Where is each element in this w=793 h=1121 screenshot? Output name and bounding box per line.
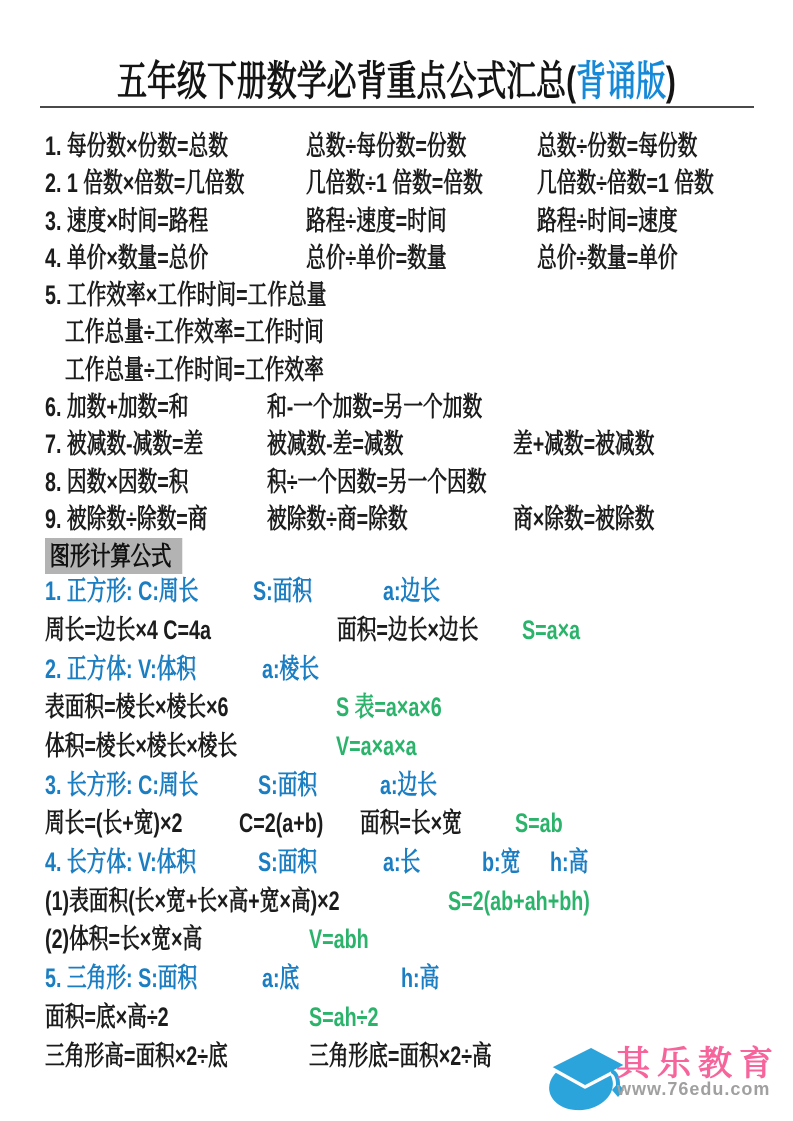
formula-cell: 1. 每份数×份数=总数 [45, 128, 228, 165]
algebraic-formula-cell: V=abh [309, 920, 369, 959]
title-divider [40, 106, 754, 108]
title-text: 五年级下册数学必背重点公式汇总 [117, 58, 566, 104]
formula-row: 4. 单价×数量=总价 总价÷单价=数量 总价÷数量=单价 [45, 240, 765, 277]
algebraic-formula-cell: S 表=a×a×6 [336, 688, 442, 727]
formula-cell: 被减数-差=减数 [267, 426, 403, 463]
page-title: 五年级下册数学必背重点公式汇总(背诵版) [107, 56, 686, 106]
formula-cell: 三角形底=面积×2÷高 [309, 1037, 492, 1076]
formula-sheet-page: { "colors": { "title_blue": "#1588d8", "… [0, 0, 793, 1121]
shape-heading-row: 1. 正方形: C:周长 S:面积 a:边长 [45, 572, 765, 611]
geometry-formulas-section: 1. 正方形: C:周长 S:面积 a:边长 周长=边长×4 C=4a 面积=边… [45, 572, 765, 1075]
formula-cell: 总数÷每份数=份数 [306, 128, 466, 165]
formula-cell: 总价÷单价=数量 [306, 240, 447, 277]
formula-cell: 总价÷数量=单价 [537, 240, 678, 277]
shape-heading-cell: 2. 正方体: V:体积 [45, 650, 196, 689]
shape-heading-row: 3. 长方形: C:周长 S:面积 a:边长 [45, 766, 765, 805]
formula-cell: 表面积=棱长×棱长×6 [45, 688, 228, 727]
shape-heading-cell: a:长 [383, 843, 420, 882]
formula-row: 1. 每份数×份数=总数 总数÷每份数=份数 总数÷份数=每份数 [45, 128, 765, 165]
formula-row: 5. 工作效率×工作时间=工作总量 [45, 277, 765, 314]
formula-row: 工作总量÷工作效率=工作时间 [45, 314, 765, 351]
formula-cell: 9. 被除数÷除数=商 [45, 501, 208, 538]
formula-cell: 几倍数÷1 倍数=倍数 [306, 165, 483, 202]
formula-row: (2)体积=长×宽×高 V=abh [45, 920, 765, 959]
formula-cell: 7. 被减数-减数=差 [45, 426, 203, 463]
shape-heading-cell: a:棱长 [262, 650, 319, 689]
shape-heading-cell: b:宽 [482, 843, 520, 882]
shape-heading-row: 2. 正方体: V:体积 a:棱长 [45, 650, 765, 689]
algebraic-formula-cell: S=ah÷2 [309, 998, 378, 1037]
formula-cell: 路程÷速度=时间 [306, 203, 447, 240]
formula-cell: 三角形高=面积×2÷底 [45, 1037, 228, 1076]
algebraic-formula-cell: S=2(ab+ah+bh) [448, 882, 590, 921]
formula-row: 8. 因数×因数=积 积÷一个因数=另一个因数 [45, 464, 765, 501]
title-highlight: 背诵版 [576, 58, 666, 104]
formula-cell: 8. 因数×因数=积 [45, 464, 188, 501]
shape-heading-row: 4. 长方体: V:体积 S:面积 a:长 b:宽 h:高 [45, 843, 765, 882]
formula-row: 表面积=棱长×棱长×6 S 表=a×a×6 [45, 688, 765, 727]
formula-cell: 几倍数÷倍数=1 倍数 [537, 165, 714, 202]
formula-cell: 周长=边长×4 C=4a [45, 611, 211, 650]
formula-cell: (2)体积=长×宽×高 [45, 920, 202, 959]
formula-cell: 2. 1 倍数×倍数=几倍数 [45, 165, 244, 202]
shape-heading-cell: a:底 [262, 959, 299, 998]
formula-row: 6. 加数+加数=和 和-一个加数=另一个加数 [45, 389, 765, 426]
formula-cell: 6. 加数+加数=和 [45, 389, 188, 426]
section-header-highlight: 图形计算公式 [45, 538, 182, 574]
formula-cell: (1)表面积(长×宽+长×高+宽×高)×2 [45, 882, 340, 921]
formula-cell: 4. 单价×数量=总价 [45, 240, 208, 277]
shape-heading-cell: a:边长 [383, 572, 440, 611]
formula-row: 7. 被减数-减数=差 被减数-差=减数 差+减数=被减数 [45, 426, 765, 463]
shape-heading-cell: h:高 [401, 959, 439, 998]
shape-heading-cell: 1. 正方形: C:周长 [45, 572, 198, 611]
formula-sheet-body: 1. 每份数×份数=总数 总数÷每份数=份数 总数÷份数=每份数 2. 1 倍数… [45, 128, 765, 1075]
formula-row: 3. 速度×时间=路程 路程÷速度=时间 路程÷时间=速度 [45, 203, 765, 240]
shape-heading-cell: 5. 三角形: S:面积 [45, 959, 197, 998]
formula-row: 9. 被除数÷除数=商 被除数÷商=除数 商×除数=被除数 [45, 501, 765, 538]
shape-heading-cell: S:面积 [253, 572, 312, 611]
formula-row: 工作总量÷工作时间=工作效率 [45, 352, 765, 389]
algebraic-formula-cell: S=a×a [522, 611, 580, 650]
brand-url: www.76edu.com [617, 1079, 770, 1100]
algebraic-formula-cell: V=a×a×a [336, 727, 417, 766]
shape-heading-row: 5. 三角形: S:面积 a:底 h:高 [45, 959, 765, 998]
shape-heading-cell: S:面积 [258, 843, 317, 882]
formula-row: 周长=边长×4 C=4a 面积=边长×边长 S=a×a [45, 611, 765, 650]
algebraic-formula-cell: S=ab [515, 804, 563, 843]
formula-row: 周长=(长+宽)×2 C=2(a+b) 面积=长×宽 S=ab [45, 804, 765, 843]
formula-cell: 面积=长×宽 [360, 804, 462, 843]
brand-logo: 其乐教育 www.76edu.com [546, 1030, 793, 1118]
formula-cell: 路程÷时间=速度 [537, 203, 678, 240]
shape-heading-cell: a:边长 [380, 766, 437, 805]
formula-cell: 周长=(长+宽)×2 [45, 804, 182, 843]
formula-cell: 总数÷份数=每份数 [537, 128, 697, 165]
formula-cell: 面积=底×高÷2 [45, 998, 169, 1037]
formula-cell: 面积=边长×边长 [337, 611, 478, 650]
shape-heading-cell: h:高 [550, 843, 588, 882]
shape-heading-cell: 4. 长方体: V:体积 [45, 843, 196, 882]
arithmetic-formulas-section: 1. 每份数×份数=总数 总数÷每份数=份数 总数÷份数=每份数 2. 1 倍数… [45, 128, 765, 538]
formula-cell: 差+减数=被减数 [513, 426, 654, 463]
geometry-section-header: 图形计算公式 [45, 538, 765, 572]
shape-heading-cell: S:面积 [258, 766, 317, 805]
formula-cell: C=2(a+b) [239, 804, 323, 843]
title-paren-open: ( [566, 58, 576, 104]
formula-cell: 和-一个加数=另一个加数 [267, 389, 482, 426]
brand-name: 其乐教育 [616, 1036, 780, 1085]
formula-cell: 积÷一个因数=另一个因数 [267, 464, 486, 501]
formula-row: 2. 1 倍数×倍数=几倍数 几倍数÷1 倍数=倍数 几倍数÷倍数=1 倍数 [45, 165, 765, 202]
formula-cell: 3. 速度×时间=路程 [45, 203, 208, 240]
title-paren-close: ) [666, 58, 676, 104]
formula-cell: 5. 工作效率×工作时间=工作总量 [45, 277, 326, 314]
formula-row: (1)表面积(长×宽+长×高+宽×高)×2 S=2(ab+ah+bh) [45, 882, 765, 921]
formula-cell: 体积=棱长×棱长×棱长 [45, 727, 237, 766]
formula-cell: 工作总量÷工作时间=工作效率 [65, 352, 324, 389]
formula-row: 体积=棱长×棱长×棱长 V=a×a×a [45, 727, 765, 766]
formula-cell: 被除数÷商=除数 [267, 501, 408, 538]
formula-cell: 商×除数=被除数 [513, 501, 654, 538]
shape-heading-cell: 3. 长方形: C:周长 [45, 766, 198, 805]
formula-cell: 工作总量÷工作效率=工作时间 [65, 314, 324, 351]
